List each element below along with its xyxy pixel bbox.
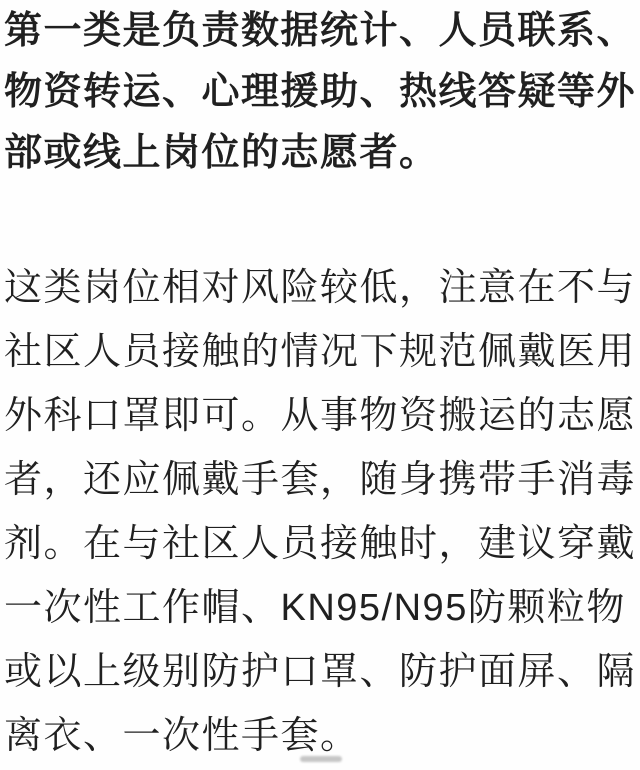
article-body: 第一类是负责数据统计、人员联系、 物资转运、心理援助、热线答疑等外 部或线上岗位…	[0, 0, 640, 768]
cropped-image-edge	[300, 756, 342, 762]
text-line: 部或线上岗位的志愿者。	[4, 123, 636, 184]
text-line: 物资转运、心理援助、热线答疑等外	[4, 62, 636, 123]
text-line: 剂。在与社区人员接触时，建议穿戴	[4, 512, 636, 576]
text-line: 第一类是负责数据统计、人员联系、	[4, 1, 636, 62]
paragraph-protection-advice: 这类岗位相对风险较低，注意在不与 社区人员接触的情况下规范佩戴医用 外科口罩即可…	[4, 256, 636, 768]
paragraph-volunteer-category: 第一类是负责数据统计、人员联系、 物资转运、心理援助、热线答疑等外 部或线上岗位…	[4, 0, 636, 184]
text-line: 一次性工作帽、KN95/N95防颗粒物	[4, 576, 636, 640]
text-line: 这类岗位相对风险较低，注意在不与	[4, 256, 636, 320]
text-line: 者，还应佩戴手套，随身携带手消毒	[4, 448, 636, 512]
text-line: 社区人员接触的情况下规范佩戴医用	[4, 320, 636, 384]
text-line: 或以上级别防护口罩、防护面屏、隔	[4, 640, 636, 704]
text-line: 外科口罩即可。从事物资搬运的志愿	[4, 384, 636, 448]
